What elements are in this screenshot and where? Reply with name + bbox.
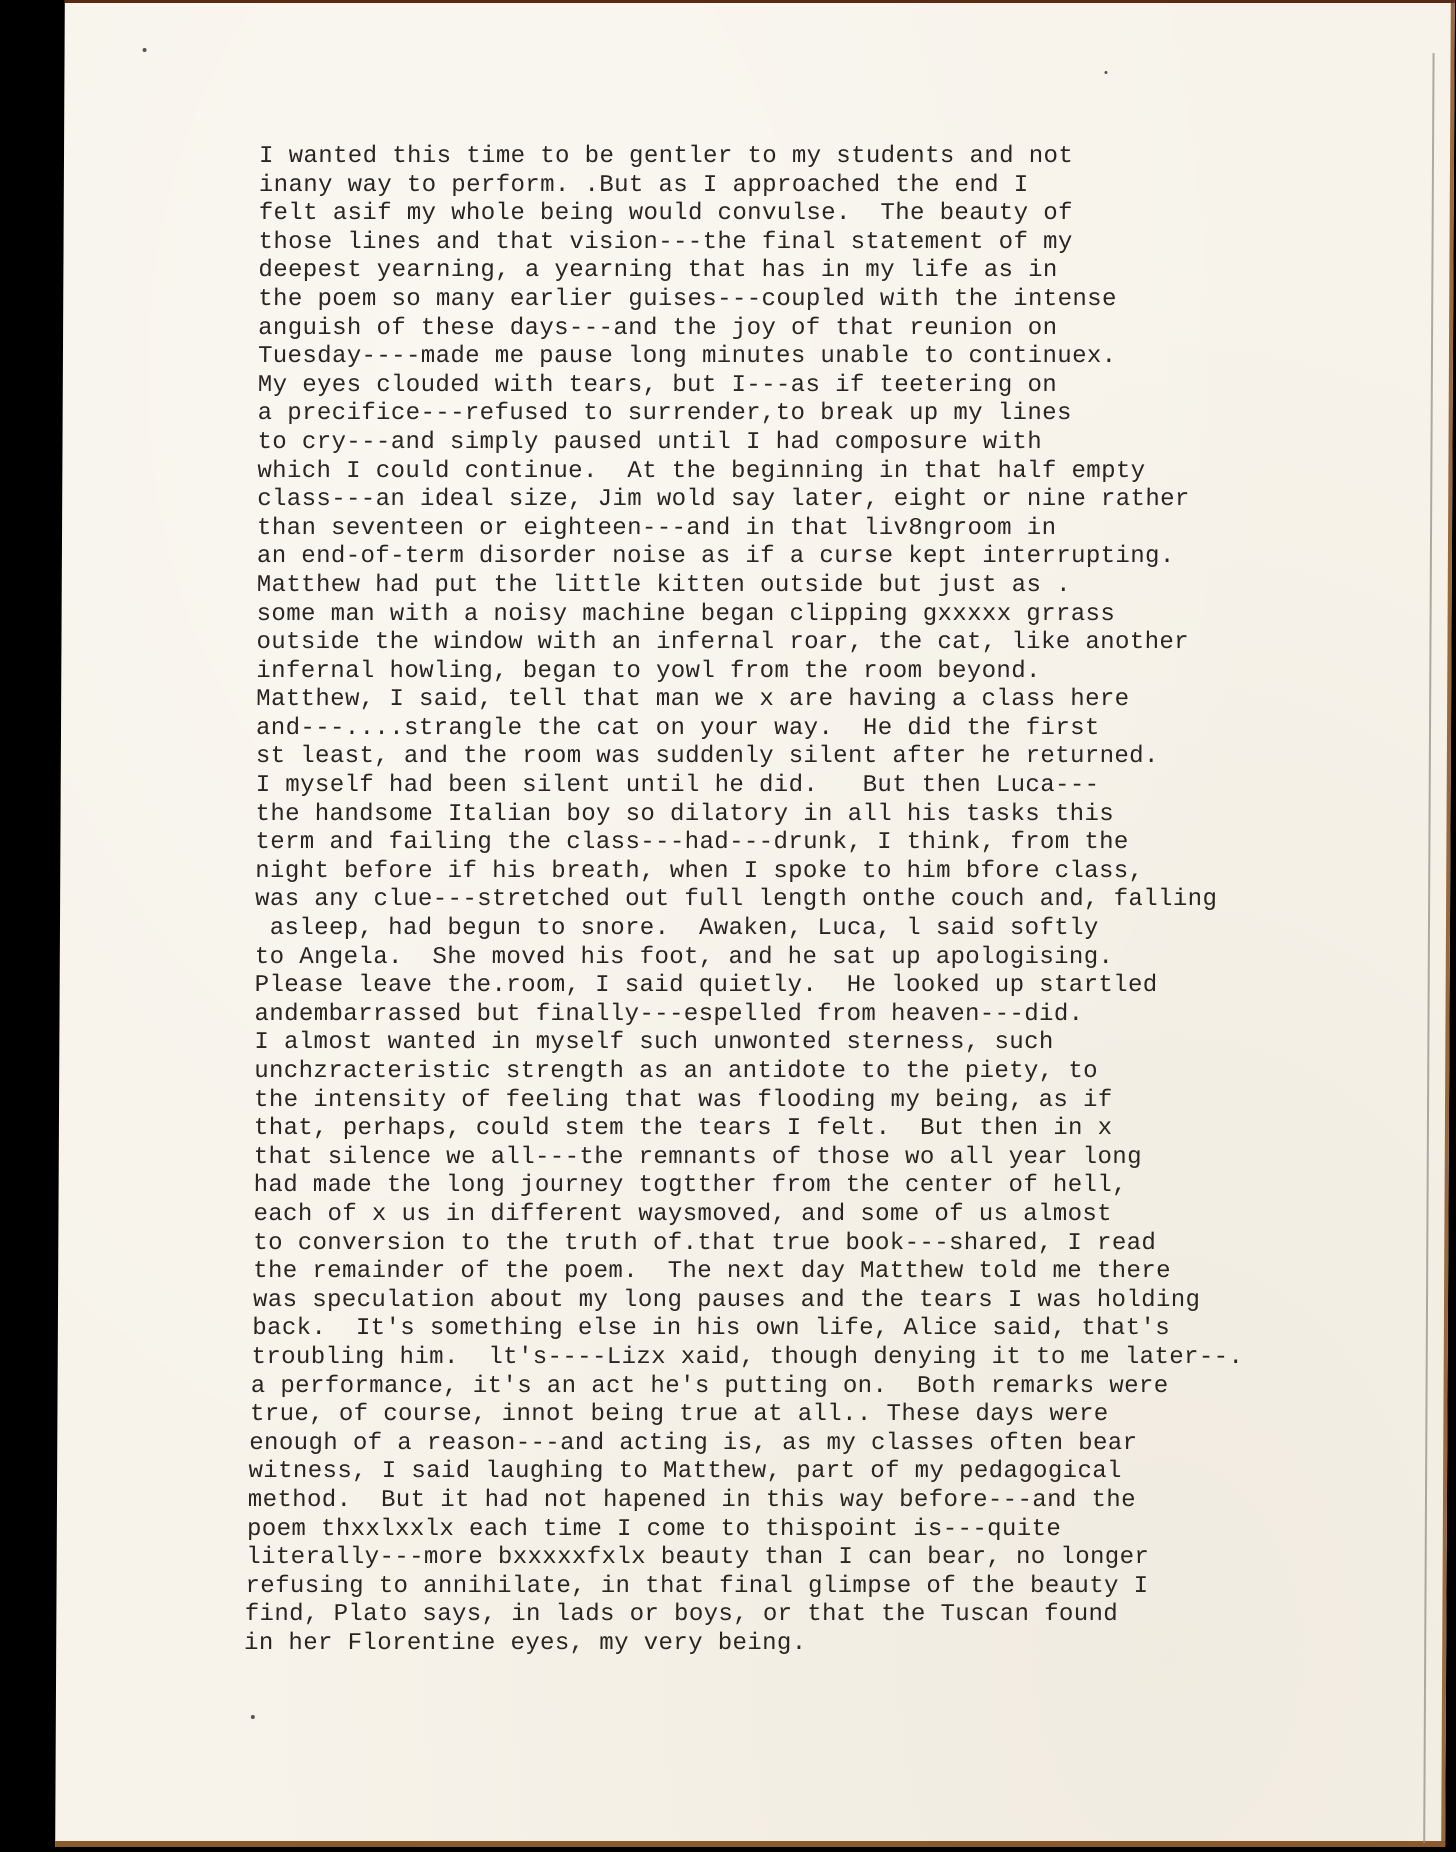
paper-speck — [251, 1715, 255, 1719]
text-line: outside the window with an infernal roar… — [256, 629, 1416, 658]
text-line: Please leave the.room, I said quietly. H… — [255, 972, 1415, 1001]
text-line: each of x us in different waysmoved, and… — [253, 1201, 1413, 1230]
right-margin-line — [1423, 53, 1434, 1843]
text-line: back. It's something else in his own lif… — [252, 1315, 1413, 1344]
text-line: witness, I said laughing to Matthew, par… — [248, 1458, 1412, 1487]
text-line: I wanted this time to be gentler to my s… — [259, 143, 1419, 172]
paper-speck — [1104, 71, 1107, 74]
text-line: I almost wanted in myself such unwonted … — [254, 1029, 1414, 1058]
text-line: felt asif my whole being would convulse.… — [259, 200, 1419, 229]
text-line: the handsome Italian boy so dilatory in … — [255, 801, 1415, 830]
text-line: anguish of these days---and the joy of t… — [258, 315, 1418, 344]
text-line: some man with a noisy machine began clip… — [257, 601, 1417, 630]
text-line: than seventeen or eighteen---and in that… — [257, 515, 1417, 544]
text-line: deepest yearning, a yearning that has in… — [258, 257, 1418, 286]
text-line: those lines and that vision---the final … — [258, 229, 1418, 258]
text-line: a precifice---refused to surrender,to br… — [258, 400, 1418, 429]
text-line: unchzracteristic strength as an antidote… — [254, 1058, 1414, 1087]
text-line: troubling him. lt's----Lizx xaid, though… — [251, 1344, 1412, 1373]
text-line: to Angela. She moved his foot, and he sa… — [255, 944, 1415, 973]
text-line: refusing to annihilate, in that final gl… — [245, 1573, 1411, 1602]
text-line: was speculation about my long pauses and… — [253, 1287, 1413, 1316]
text-line: night before if his breath, when I spoke… — [255, 858, 1415, 887]
text-line: had made the long journey togtther from … — [254, 1172, 1414, 1201]
text-line: was any clue---stretched out full length… — [255, 886, 1415, 915]
typed-text-body: I wanted this time to be gentler to my s… — [251, 143, 1419, 1658]
text-line: My eyes clouded with tears, but I---as i… — [258, 372, 1418, 401]
text-line: Matthew, I said, tell that man we x are … — [256, 686, 1416, 715]
paper-speck — [143, 48, 147, 52]
text-line: which I could continue. At the beginning… — [257, 458, 1417, 487]
text-line: inany way to perform. .But as I approach… — [259, 172, 1419, 201]
text-line: term and failing the class---had---drunk… — [255, 829, 1415, 858]
text-line: st least, and the room was suddenly sile… — [256, 743, 1416, 772]
text-line: that silence we all---the remnants of th… — [254, 1144, 1414, 1173]
text-line: the remainder of the poem. The next day … — [253, 1258, 1413, 1287]
text-line: and---....strangle the cat on your way. … — [256, 715, 1416, 744]
text-line: to cry---and simply paused until I had c… — [257, 429, 1417, 458]
text-line: method. But it had not hapened in this w… — [248, 1487, 1412, 1516]
text-line: true, of course, innot being true at all… — [250, 1401, 1413, 1430]
text-line: Tuesday----made me pause long minutes un… — [258, 343, 1418, 372]
text-line: an end-of-term disorder noise as if a cu… — [257, 543, 1417, 572]
text-line: enough of a reason---and acting is, as m… — [249, 1430, 1412, 1459]
text-line: class---an ideal size, Jim wold say late… — [257, 486, 1417, 515]
text-line: poem thxxlxxlx each time I come to thisp… — [247, 1516, 1412, 1545]
text-line: a performance, it's an act he's putting … — [251, 1373, 1413, 1402]
text-line: the intensity of feeling that was floodi… — [254, 1087, 1414, 1116]
text-line: in her Florentine eyes, my very being. — [244, 1630, 1411, 1659]
text-line: the poem so many earlier guises---couple… — [258, 286, 1418, 315]
text-line: I myself had been silent until he did. B… — [256, 772, 1416, 801]
typed-page: I wanted this time to be gentler to my s… — [55, 0, 1455, 1847]
text-line: literally---more bxxxxxfxlx beauty than … — [246, 1544, 1412, 1573]
text-line: infernal howling, began to yowl from the… — [256, 658, 1416, 687]
text-line: that, perhaps, could stem the tears I fe… — [254, 1115, 1414, 1144]
text-line: andembarrassed but finally---espelled fr… — [254, 1001, 1414, 1030]
text-line: find, Plato says, in lads or boys, or th… — [245, 1601, 1412, 1630]
text-line: asleep, had begun to snore. Awaken, Luca… — [255, 915, 1415, 944]
text-line: to conversion to the truth of.that true … — [253, 1230, 1413, 1259]
text-line: Matthew had put the little kitten outsid… — [257, 572, 1417, 601]
